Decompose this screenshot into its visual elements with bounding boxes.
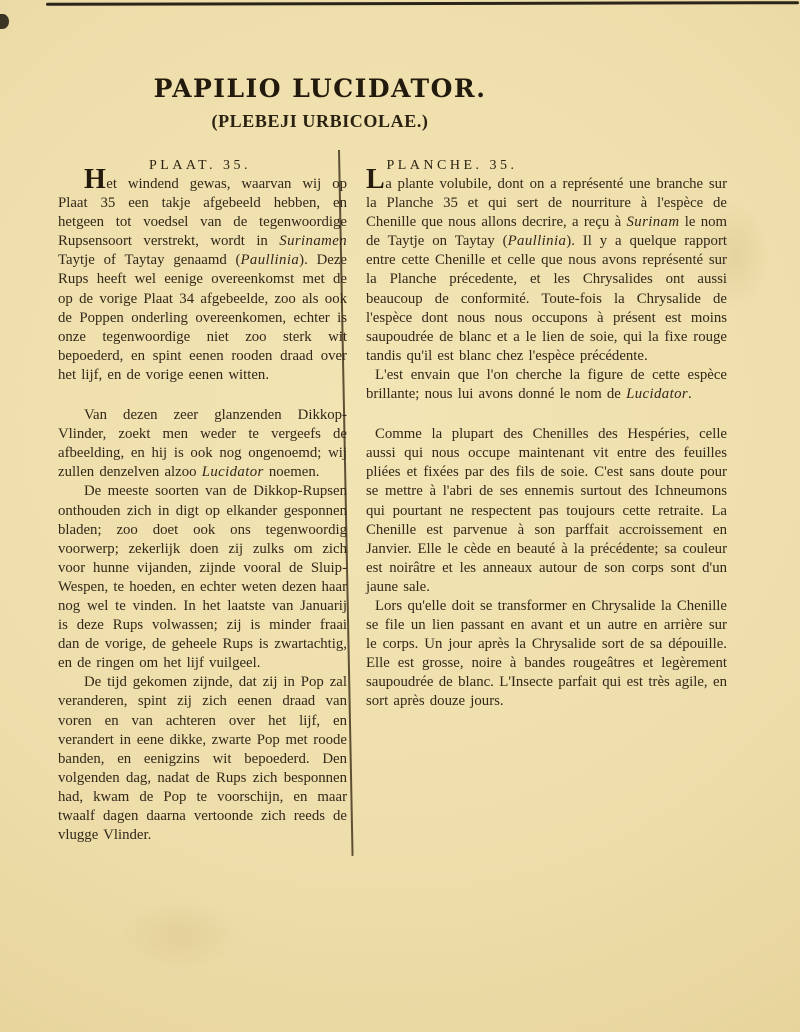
paragraph: Van dezen zeer glanzenden Dikkop-Vlinder…: [58, 406, 347, 482]
paragraph: Het windend gewas, waarvan wij op Plaat …: [58, 175, 347, 385]
french-text-column: La plante volubile, dont on a représenté…: [366, 175, 727, 712]
enlarged-initial: H: [84, 164, 106, 195]
scanned-book-page: PAPILIO LUCIDATOR. (PLEBEJI URBICOLAE.) …: [0, 0, 800, 1032]
paragraph: La plante volubile, dont on a représenté…: [366, 175, 727, 366]
text-run: noemen.: [264, 464, 320, 480]
page-subtitle: (PLEBEJI URBICOLAE.): [18, 111, 622, 132]
text-run: De tijd gekomen zijnde, dat zij in Pop z…: [58, 674, 347, 843]
latin-name-italic: Lucidator: [202, 464, 264, 480]
page-title: PAPILIO LUCIDATOR.: [18, 74, 622, 103]
paragraph: De meeste soorten van de Dikkop-Rupsen o…: [58, 482, 347, 673]
text-run: Comme la plupart des Chenilles des Hespé…: [366, 426, 727, 595]
text-run: Lors qu'elle doit se transformer en Chry…: [366, 598, 727, 709]
text-run: ). Il y a quelque rapport entre cette Ch…: [366, 233, 727, 364]
latin-name-italic: Surinamen: [279, 233, 347, 249]
paragraph: L'est envain que l'on cherche la figure …: [366, 366, 727, 404]
scan-edge-artifact-corner: [0, 14, 9, 29]
text-run: Taytje of Taytay genaamd (: [58, 252, 240, 268]
latin-name-italic: Paullinia: [240, 252, 299, 268]
text-run: ). Deze Rups heeft wel eenige overeenkom…: [58, 252, 347, 383]
enlarged-initial: L: [366, 164, 385, 195]
latin-name-italic: Paullinia: [508, 233, 567, 249]
text-run: De meeste soorten van de Dikkop-Rupsen o…: [58, 483, 347, 671]
paragraph: Comme la plupart des Chenilles des Hespé…: [366, 425, 727, 597]
column-header-plaat: PLAAT. 35.: [98, 158, 302, 174]
latin-name-italic: Surinam: [626, 214, 679, 230]
scan-edge-artifact-top: [46, 1, 799, 5]
paper-stain: [120, 900, 240, 970]
latin-name-italic: Lucidator: [626, 386, 688, 402]
paragraph: De tijd gekomen zijnde, dat zij in Pop z…: [58, 673, 347, 845]
dutch-text-column: Het windend gewas, waarvan wij op Plaat …: [58, 175, 347, 845]
paragraph: Lors qu'elle doit se transformer en Chry…: [366, 597, 727, 712]
text-run: .: [688, 386, 692, 402]
column-header-planche: PLANCHE. 35.: [368, 158, 536, 174]
